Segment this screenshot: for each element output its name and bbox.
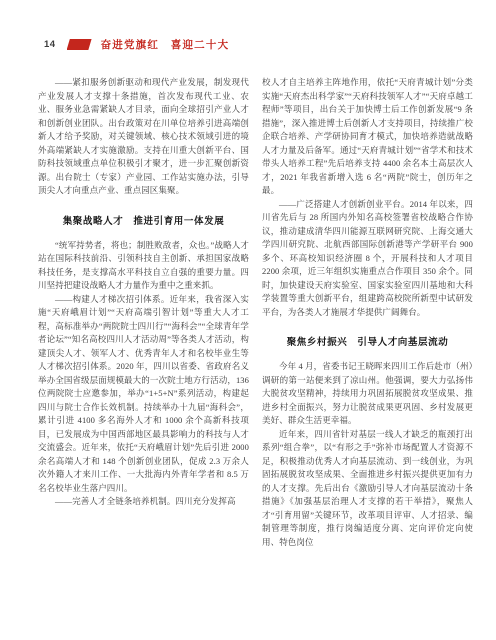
- page-number: 14: [44, 39, 56, 50]
- paragraph: “统军持势者，将也；制胜败敌者，众也。”战略人才站在国际科技前沿、引领科技自主创…: [38, 239, 249, 293]
- paragraph: ——广泛搭建人才创新创业平台。2014 年以来，四川省先后与 28 所国内外知名…: [262, 198, 473, 320]
- paragraph: 近年来，四川省针对基层一线人才缺乏的瓶颈打出系列“组合拳”，以“有形之手”弥补市…: [262, 428, 473, 550]
- magazine-page: 14 奋进党旗红 喜迎二十大 ——紧扣服务创新驱动和现代产业发展，制发现代产业发…: [0, 0, 496, 640]
- section-heading: 集聚战略人才 推进引育用一体发展: [38, 213, 249, 227]
- paragraph: ——紧扣服务创新驱动和现代产业发展，制发现代产业发展人才支撑十条措施，首次发布现…: [38, 76, 249, 198]
- paragraph: ——构建人才梯次招引体系。近年来，我省深入实施“天府峨眉计划”“天府高端引智计划…: [38, 293, 249, 496]
- page-header: 14 奋进党旗红 喜迎二十大: [44, 38, 229, 51]
- flag-banner-icon: [67, 39, 92, 50]
- section-heading: 聚焦乡村振兴 引导人才向基层流动: [262, 334, 473, 348]
- right-column: 校人才自主培养主阵地作用，依托“天府青城计划”分类实施“天府杰出科学家”“天府科…: [262, 76, 473, 549]
- paragraph-continuation: 校人才自主培养主阵地作用，依托“天府青城计划”分类实施“天府杰出科学家”“天府科…: [262, 76, 473, 198]
- paragraph: 今年 4 月，省委书记王晓晖来四川工作后赴市（州）调研的第一站便来到了凉山州。他…: [262, 360, 473, 428]
- paragraph: ——完善人才全链条培养机制。四川充分发挥高: [38, 495, 249, 509]
- header-title: 奋进党旗红 喜迎二十大: [101, 37, 230, 52]
- left-column: ——紧扣服务创新驱动和现代产业发展，制发现代产业发展人才支撑十条措施，首次发布现…: [38, 76, 249, 509]
